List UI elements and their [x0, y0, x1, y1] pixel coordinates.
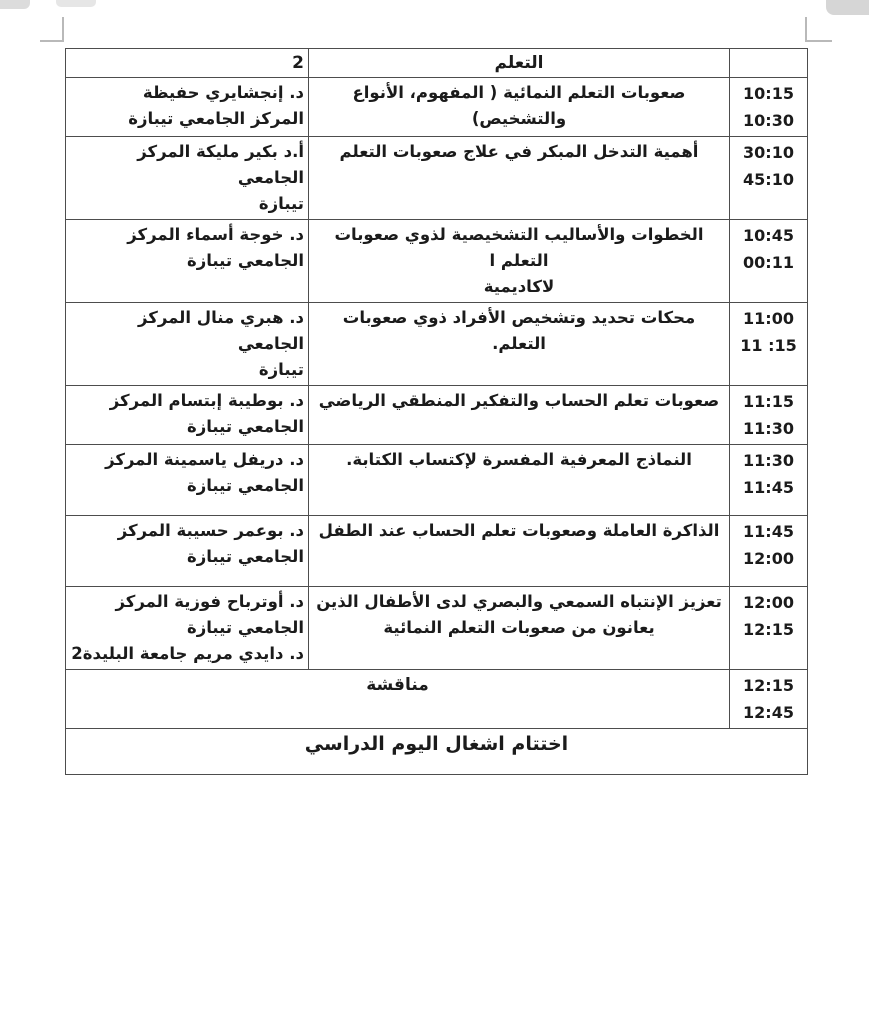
session-row: 10:45 00:11 الخطوات والأساليب التشخيصية … [66, 220, 808, 303]
scan-smudge-top-right [826, 0, 869, 15]
header-room-cell: 2 [66, 49, 309, 78]
time-cell: 11:00 11 :15 [730, 303, 808, 386]
session-schedule-table: التعلم 2 10:15 10:30 صعوبات التعلم النما… [65, 48, 808, 775]
page-margin-corner-mark-left [40, 17, 64, 42]
time-range: 10:45 00:11 [743, 222, 794, 276]
discussion-cell: مناقشة [66, 670, 730, 729]
topic-cell: أهمية التدخل المبكر في علاج صعوبات التعل… [309, 137, 730, 220]
header-time-cell [730, 49, 808, 78]
session-row: 11:45 12:00 الذاكرة العاملة وصعوبات تعلم… [66, 516, 808, 587]
time-cell: 12:00 12:15 [730, 587, 808, 670]
speaker-cell: أ.د بكير مليكة المركز الجامعي تيبازة [66, 137, 309, 220]
time-cell: 11:15 11:30 [730, 386, 808, 445]
topic-cell: تعزيز الإنتباه السمعي والبصري لدى الأطفا… [309, 587, 730, 670]
header-row: التعلم 2 [66, 49, 808, 78]
speaker-cell: د. دريفل ياسمينة المركز الجامعي تيبازة [66, 445, 309, 516]
time-range: 11:30 11:45 [743, 447, 794, 501]
time-range: 11:00 11 :15 [740, 305, 797, 359]
time-range: 11:15 11:30 [743, 388, 794, 442]
speaker-cell: د. بوعمر حسيبة المركز الجامعي تيبازة [66, 516, 309, 587]
time-cell: 10:15 10:30 [730, 78, 808, 137]
topic-cell: صعوبات تعلم الحساب والتفكير المنطقي الري… [309, 386, 730, 445]
session-row: 12:00 12:15 تعزيز الإنتباه السمعي والبصر… [66, 587, 808, 670]
time-range: 12:15 12:45 [743, 672, 794, 726]
time-range: 12:00 12:15 [743, 589, 794, 643]
topic-cell: صعوبات التعلم النمائية ( المفهوم، الأنوا… [309, 78, 730, 137]
closing-row: اختتام اشغال اليوم الدراسي [66, 729, 808, 775]
time-cell: 12:15 12:45 [730, 670, 808, 729]
time-cell: 30:10 45:10 [730, 137, 808, 220]
discussion-row: 12:15 12:45 مناقشة [66, 670, 808, 729]
page-margin-corner-mark-right [805, 17, 832, 42]
speaker-cell: د. أوترباح فوزية المركز الجامعي تيبازة د… [66, 587, 309, 670]
time-cell: 11:30 11:45 [730, 445, 808, 516]
speaker-cell: د. بوطيبة إبتسام المركز الجامعي تيبازة [66, 386, 309, 445]
speaker-cell: د. هبري منال المركز الجامعي تيبازة [66, 303, 309, 386]
time-cell: 10:45 00:11 [730, 220, 808, 303]
topic-cell: الذاكرة العاملة وصعوبات تعلم الحساب عند … [309, 516, 730, 587]
scanned-schedule-page: { "colors": { "border": "#4d4d4d", "text… [0, 0, 869, 1024]
session-row: 11:30 11:45 النماذج المعرفية المفسرة لإك… [66, 445, 808, 516]
header-title-cell: التعلم [309, 49, 730, 78]
topic-cell: محكات تحديد وتشخيص الأفراد ذوي صعوبات ال… [309, 303, 730, 386]
session-row: 11:15 11:30 صعوبات تعلم الحساب والتفكير … [66, 386, 808, 445]
scan-smudge-top-center [56, 0, 96, 7]
time-cell: 11:45 12:00 [730, 516, 808, 587]
session-row: 10:15 10:30 صعوبات التعلم النمائية ( الم… [66, 78, 808, 137]
speaker-cell: د. خوجة أسماء المركز الجامعي تيبازة [66, 220, 309, 303]
time-range: 10:15 10:30 [743, 80, 794, 134]
session-row: 11:00 11 :15 محكات تحديد وتشخيص الأفراد … [66, 303, 808, 386]
time-range: 30:10 45:10 [743, 139, 794, 193]
speaker-cell: د. إنجشايري حفيظة المركز الجامعي تيبازة [66, 78, 309, 137]
session-row: 30:10 45:10 أهمية التدخل المبكر في علاج … [66, 137, 808, 220]
time-range: 11:45 12:00 [743, 518, 794, 572]
topic-cell: الخطوات والأساليب التشخيصية لذوي صعوبات … [309, 220, 730, 303]
topic-cell: النماذج المعرفية المفسرة لإكتساب الكتابة… [309, 445, 730, 516]
scan-smudge-top-left [0, 0, 30, 9]
closing-cell: اختتام اشغال اليوم الدراسي [66, 729, 808, 775]
